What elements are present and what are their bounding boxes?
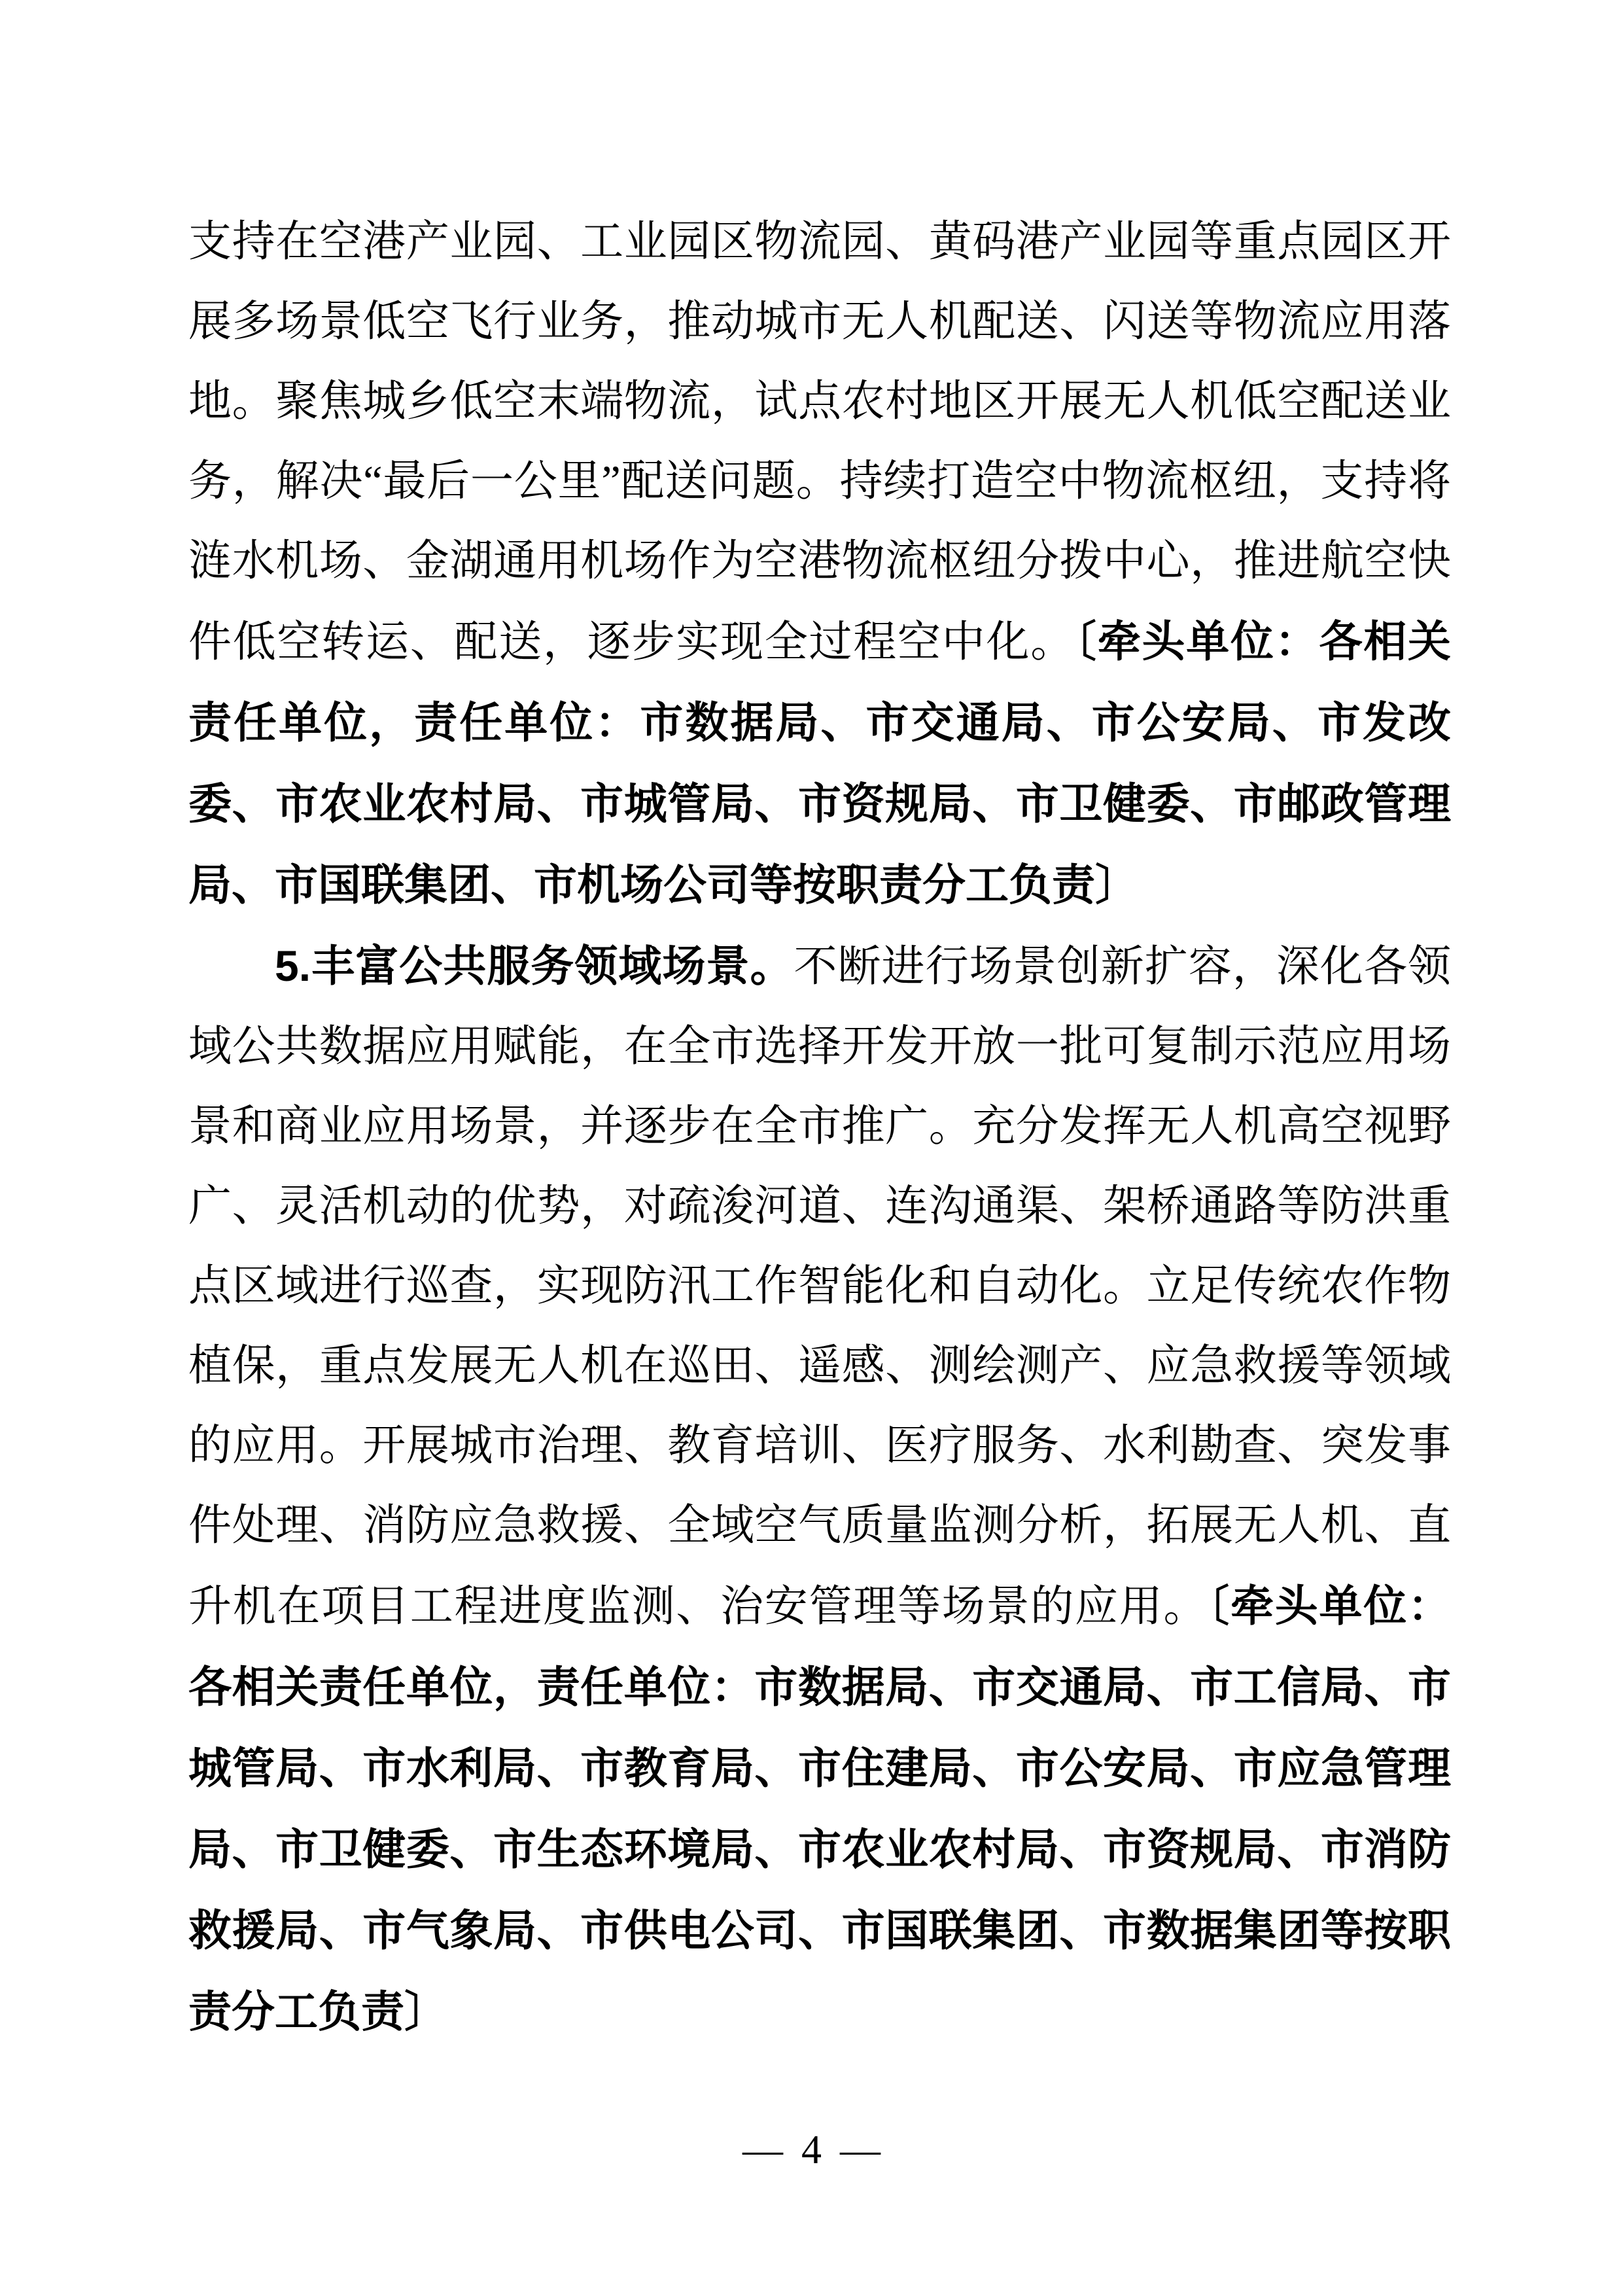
paragraph-logistics-scenarios: 支持在空港产业园、工业园区物流园、黄码港产业园等重点园区开展多场景低空飞行业务，… [188,202,1451,926]
paragraph-1-body-text: 支持在空港产业园、工业园区物流园、黄码港产业园等重点园区开展多场景低空飞行业务，… [188,218,1451,666]
document-body: 支持在空港产业园、工业园区物流园、黄码港产业园等重点园区开展多场景低空飞行业务，… [188,202,1451,2053]
paragraph-2-body-text: 不断进行场景创新扩容，深化各领域公共数据应用赋能，在全市选择开发开放一批可复制示… [188,943,1451,1631]
page-footer: —4— [0,2127,1623,2174]
paragraph-2-section-heading: 5.丰富公共服务领域场景。 [275,942,794,990]
paragraph-2-responsibility-clause: 〔牵头单位：各相关责任单位，责任单位：市数据局、市交通局、市工信局、市城管局、市… [188,1581,1451,2036]
paragraph-public-service-scenarios: 5.丰富公共服务领域场景。不断进行场景创新扩容，深化各领域公共数据应用赋能，在全… [188,926,1451,2053]
footer-page-number: 4 [801,2127,822,2174]
footer-dash-left: — [742,2127,783,2174]
document-page: 支持在空港产业园、工业园区物流园、黄码港产业园等重点园区开展多场景低空飞行业务，… [0,0,1623,2296]
footer-dash-right: — [840,2127,881,2174]
